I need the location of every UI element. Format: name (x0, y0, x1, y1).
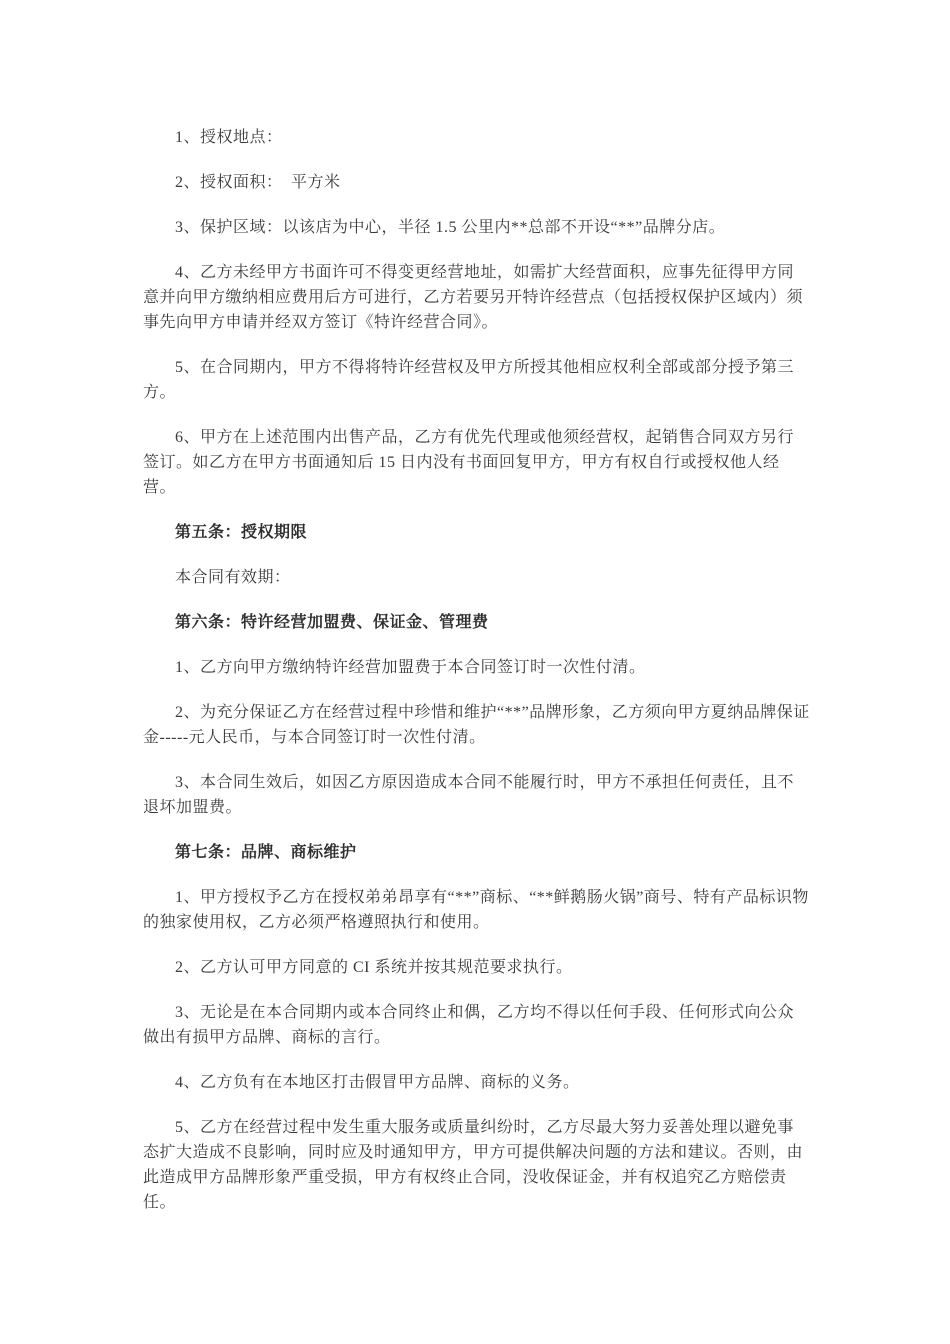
paragraph: 3、无论是在本合同期内或本合同终止和偶，乙方均不得以任何手段、任何形式向公众做出… (143, 1000, 810, 1050)
section-heading: 第七条：品牌、商标维护 (143, 840, 810, 865)
paragraph: 4、乙方未经甲方书面许可不得变更经营地址，如需扩大经营面积，应事先征得甲方同意并… (143, 260, 810, 335)
paragraph: 3、本合同生效后，如因乙方原因造成本合同不能履行时，甲方不承担任何责任，且不退坏… (143, 770, 810, 820)
paragraph: 6、甲方在上述范围内出售产品，乙方有优先代理或他须经营权，起销售合同双方另行签订… (143, 425, 810, 500)
paragraph: 本合同有效期： (143, 565, 810, 590)
paragraph: 2、为充分保证乙方在经营过程中珍惜和维护“**”品牌形象，乙方须向甲方夏纳品牌保… (143, 700, 810, 750)
paragraph: 5、乙方在经营过程中发生重大服务或质量纠纷时，乙方尽最大努力妥善处理以避免事态扩… (143, 1115, 810, 1215)
paragraph: 1、授权地点： (143, 125, 810, 150)
paragraph: 1、甲方授权予乙方在授权弟弟昂享有“**”商标、“**鲜鹅肠火锅”商号、特有产品… (143, 885, 810, 935)
paragraph: 4、乙方负有在本地区打击假冒甲方品牌、商标的义务。 (143, 1070, 810, 1095)
section-heading: 第五条：授权期限 (143, 520, 810, 545)
paragraph: 1、乙方向甲方缴纳特许经营加盟费于本合同签订时一次性付清。 (143, 655, 810, 680)
paragraph: 2、授权面积： 平方米 (143, 170, 810, 195)
paragraph: 3、保护区域：以该店为中心，半径 1.5 公里内**总部不开设“**”品牌分店。 (143, 215, 810, 240)
document-body: 1、授权地点：2、授权面积： 平方米3、保护区域：以该店为中心，半径 1.5 公… (0, 0, 950, 1215)
paragraph: 5、在合同期内，甲方不得将特许经营权及甲方所授其他相应权利全部或部分授予第三方。 (143, 355, 810, 405)
document-page: 1、授权地点：2、授权面积： 平方米3、保护区域：以该店为中心，半径 1.5 公… (0, 0, 950, 1344)
paragraph: 2、乙方认可甲方同意的 CI 系统并按其规范要求执行。 (143, 955, 810, 980)
section-heading: 第六条：特许经营加盟费、保证金、管理费 (143, 610, 810, 635)
